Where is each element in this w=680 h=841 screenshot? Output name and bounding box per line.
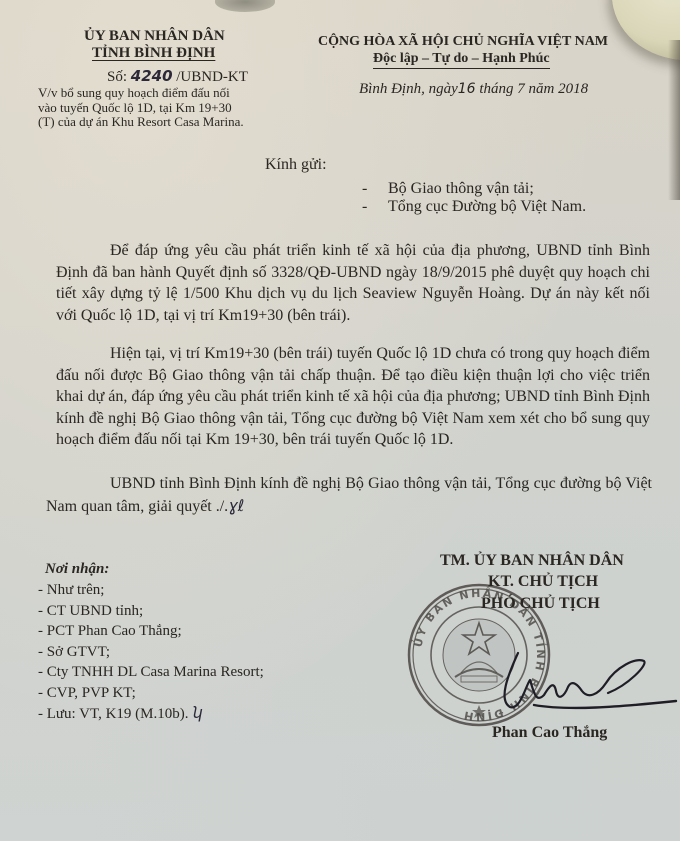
date-suffix: tháng 7 năm 2018 (476, 81, 589, 97)
subject-line: V/v bổ sung quy hoạch điểm đấu nối (38, 86, 313, 101)
recipient-item: -Bộ Giao thông vận tải; (362, 180, 534, 198)
paragraph-text: Hiện tại, vị trí Km19+30 (bên trái) tuyế… (56, 345, 650, 448)
distribution-item: - CT UBND tỉnh; (38, 601, 264, 622)
distribution-item: - Lưu: VT, K19 (M.10b). ʮ (38, 703, 264, 725)
doc-number-handwritten: 4240 (131, 67, 173, 85)
handwritten-signature-icon (498, 645, 678, 715)
distribution-item: - PCT Phan Cao Thắng; (38, 621, 264, 642)
recipient-item: -Tổng cục Đường bộ Việt Nam. (362, 198, 586, 216)
closing-initials-handwritten: ɣℓ (228, 496, 244, 515)
distribution-item: - Sở GTVT; (38, 642, 264, 663)
national-motto: Độc lập – Tự do – Hạnh Phúc (373, 51, 550, 69)
subject-line: vào tuyến Quốc lộ 1D, tại Km 19+30 (38, 101, 313, 116)
recipient-name: Bộ Giao thông vận tải; (388, 180, 534, 197)
signer-name: Phan Cao Thắng (492, 724, 607, 742)
body-paragraph-3: UBND tỉnh Bình Định kính đề nghị Bộ Giao… (46, 473, 652, 517)
paper-edge-shadow (668, 40, 680, 200)
issuing-authority: ỦY BAN NHÂN DÂN (84, 28, 225, 45)
national-title: CỘNG HÒA XÃ HỘI CHỦ NGHĨA VIỆT NAM (318, 34, 608, 50)
distribution-item-text: - Lưu: VT, K19 (M.10b). (38, 706, 188, 722)
body-paragraph-1: Để đáp ứng yêu cầu phát triển kinh tế xã… (56, 240, 650, 326)
document-number: Số: 4240 /UBND-KT (107, 67, 248, 86)
salutation-label: Kính gửi: (265, 156, 327, 174)
subject-line: (T) của dự án Khu Resort Casa Marina. (38, 115, 313, 130)
paragraph-text: UBND tỉnh Bình Định kính đề nghị Bộ Giao… (46, 475, 652, 515)
distribution-item: - Như trên; (38, 580, 264, 601)
document-date: Bình Định, ngày16 tháng 7 năm 2018 (359, 81, 588, 98)
distribution-item: - Cty TNHH DL Casa Marina Resort; (38, 662, 264, 683)
distribution-item: - CVP, PVP KT; (38, 683, 264, 704)
distribution-list: - Như trên; - CT UBND tỉnh; - PCT Phan C… (38, 580, 264, 725)
doc-number-label: Số: (107, 69, 127, 85)
archive-initials-handwritten: ʮ (192, 703, 201, 722)
recipient-dash: - (362, 198, 388, 216)
doc-number-suffix: /UBND-KT (176, 69, 248, 85)
recipient-name: Tổng cục Đường bộ Việt Nam. (388, 198, 586, 215)
issuing-province: TỈNH BÌNH ĐỊNH (92, 45, 215, 62)
body-paragraph-2: Hiện tại, vị trí Km19+30 (bên trái) tuyế… (56, 343, 650, 451)
recipient-dash: - (362, 180, 388, 198)
date-day-handwritten: 16 (458, 81, 476, 97)
paragraph-text: Để đáp ứng yêu cầu phát triển kinh tế xã… (56, 242, 650, 324)
document-subject: V/v bổ sung quy hoạch điểm đấu nối vào t… (38, 86, 313, 130)
signature-position-line: KT. CHỦ TỊCH (488, 573, 598, 591)
signature-title-line: PHÓ CHỦ TỊCH (481, 595, 600, 613)
signature-authority-line: TM. ỦY BAN NHÂN DÂN (440, 552, 624, 570)
distribution-title: Nơi nhận: (45, 561, 109, 578)
date-prefix: Bình Định, ngày (359, 81, 458, 97)
